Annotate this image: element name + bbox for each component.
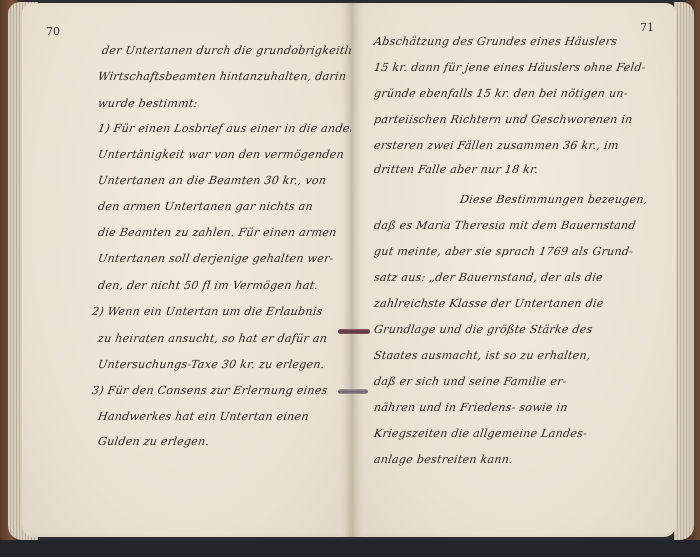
text-line: daß es Maria Theresia mit dem Bauernstan… <box>373 219 637 232</box>
text-line: Untertanen soll derjenige gehalten wer- <box>97 252 334 265</box>
text-line: nähren und in Friedens- sowie in <box>373 401 568 414</box>
right-page: 71 Abschätzung des Grundes eines Häusler… <box>352 3 676 537</box>
text-line: 3) Für den Consens zur Erlernung eines <box>91 384 328 397</box>
text-line: Kriegszeiten die allgemeine Landes- <box>373 427 588 440</box>
text-line: 15 kr. dann für jene eines Häuslers ohne… <box>373 61 647 74</box>
left-page: 70 der Untertanen durch die grundobrigke… <box>22 3 352 537</box>
text-line: anlage bestreiten kann. <box>373 453 514 466</box>
text-line: gründe ebenfalls 15 kr. den bei nötigen … <box>373 87 629 100</box>
text-line: Untersuchungs-Taxe 30 kr. zu erlegen. <box>97 358 325 371</box>
background-bottom <box>0 540 700 557</box>
page-number-right: 71 <box>640 21 654 34</box>
text-line: daß er sich und seine Familie er- <box>373 375 568 388</box>
text-line: den, der nicht 50 fl im Vermögen hat. <box>97 279 319 292</box>
text-line: Staates ausmacht, ist so zu erhalten, <box>373 349 591 362</box>
text-line: Untertänigkeit war von den vermögenden <box>97 148 345 161</box>
text-line: dritten Falle aber nur 18 kr. <box>373 163 539 176</box>
text-line: 2) Wenn ein Untertan um die Erlaubnis <box>91 305 323 318</box>
text-line: Abschätzung des Grundes eines Häuslers <box>373 35 618 48</box>
text-line: zahlreichste Klasse der Untertanen die <box>373 297 604 310</box>
text-line: ersteren zwei Fällen zusammen 36 kr., im <box>373 139 619 152</box>
text-line: parteiischen Richtern und Geschworenen i… <box>373 113 633 126</box>
text-line: 1) Für einen Losbrief aus einer in die a… <box>97 122 363 135</box>
binding-thread-upper <box>338 329 370 334</box>
text-line: der Untertanen durch die grundobrigkeitl… <box>101 44 381 57</box>
text-line: wurde bestimmt: <box>97 97 198 110</box>
page-stack-right <box>674 2 694 540</box>
page-number-left: 70 <box>46 25 60 38</box>
text-line: Grundlage und die größte Stärke des <box>373 323 593 336</box>
text-line: Handwerkes hat ein Untertan einen <box>97 410 310 423</box>
text-line: Untertanen an die Beamten 30 kr., von <box>97 174 327 187</box>
text-line: den armen Untertanen gar nichts an <box>97 200 314 213</box>
binding-thread-lower <box>338 389 368 394</box>
text-line: Gulden zu erlegen. <box>97 435 210 448</box>
text-line: Wirtschaftsbeamten hintanzuhalten, darin <box>97 70 347 83</box>
text-line: gut meinte, aber sie sprach 1769 als Gru… <box>373 245 634 258</box>
text-line: zu heiraten ansucht, so hat er dafür an <box>97 332 328 345</box>
text-line: Diese Bestimmungen bezeugen, <box>459 193 648 206</box>
text-line: satz aus: „der Bauernstand, der als die <box>373 271 604 284</box>
text-line: die Beamten zu zahlen. Für einen armen <box>97 226 337 239</box>
